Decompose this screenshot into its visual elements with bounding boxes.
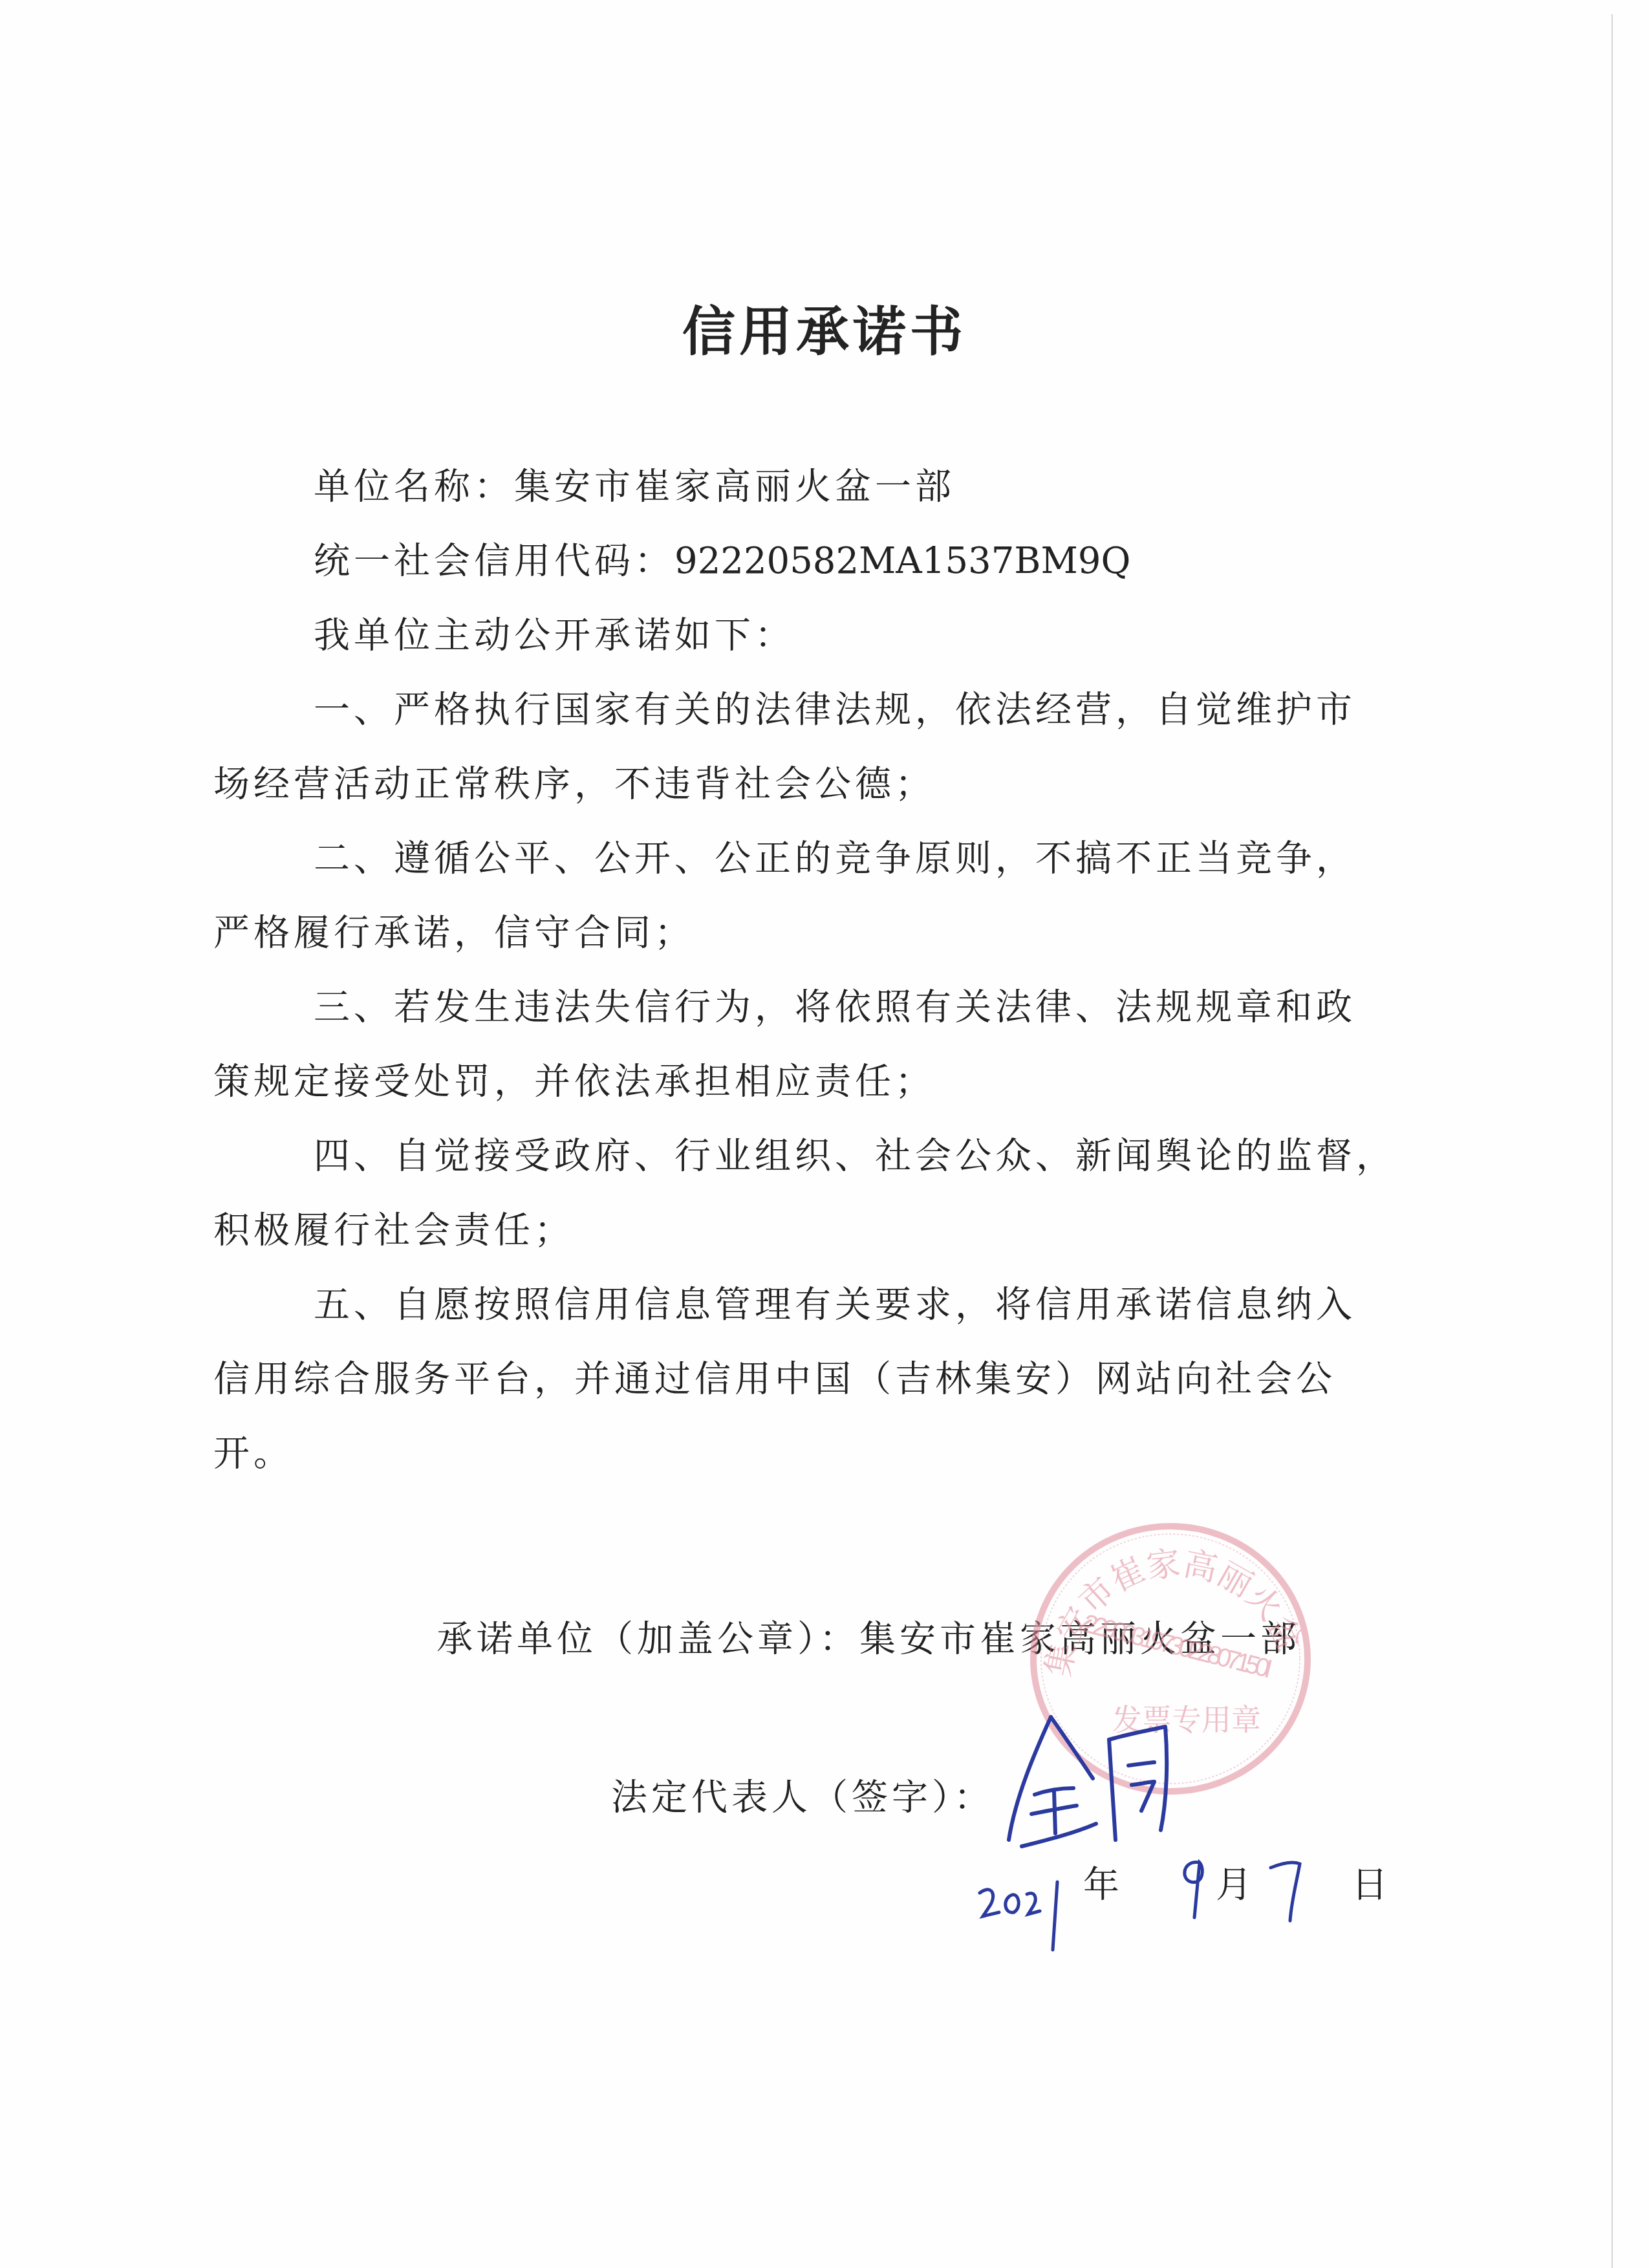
handwritten-day: 7 — [1264, 1856, 1309, 1927]
commitment-5-line-2: 信用综合服务平台，并通过信用中国（吉林集安）网站向社会公 — [213, 1357, 1336, 1402]
stamp-bottom-text: 发票专用章 — [1112, 1702, 1261, 1737]
unit-name-row: 单位名称：集安市崔家高丽火盆一部 — [314, 464, 955, 510]
day-label: 日 — [1352, 1863, 1392, 1908]
year-label: 年 — [1083, 1863, 1123, 1908]
month-label: 月 — [1216, 1863, 1256, 1908]
year-ink — [976, 1879, 1073, 1963]
commitment-5-line-3: 开。 — [213, 1431, 294, 1476]
commitment-3-line-2: 策规定接受处罚，并依法承担相应责任； — [213, 1059, 935, 1105]
handwritten-year: 2021 — [976, 1879, 1073, 1963]
commitment-5-line-1: 五、自愿按照信用信息管理有关要求，将信用承诺信息纳入 — [314, 1282, 1356, 1328]
signing-unit-row: 承诺单位（加盖公章）：集安市崔家高丽火盆一部 — [436, 1617, 1300, 1662]
credit-code-row: 统一社会信用代码：92220582MA1537BM9Q — [314, 539, 1130, 584]
commitment-4-line-1: 四、自觉接受政府、行业组织、社会公众、新闻舆论的监督， — [314, 1134, 1396, 1179]
scanned-page: 信用承诺书 单位名称：集安市崔家高丽火盆一部 统一社会信用代码：92220582… — [0, 0, 1649, 2268]
handwritten-signature — [996, 1701, 1190, 1869]
month-ink — [1174, 1856, 1219, 1934]
signing-unit-label: 承诺单位（加盖公章）： — [436, 1618, 859, 1660]
commitment-3-line-1: 三、若发生违法失信行为，将依照有关法律、法规规章和政 — [314, 985, 1356, 1030]
legal-rep-label: 法定代表人（签字）： — [611, 1775, 994, 1820]
credit-code-value: 92220582MA1537BM9Q — [674, 540, 1130, 582]
unit-name-value: 集安市崔家高丽火盆一部 — [514, 466, 955, 508]
commitment-1-line-1: 一、严格执行国家有关的法律法规，依法经营，自觉维护市 — [314, 687, 1356, 733]
signing-unit-name: 集安市崔家高丽火盆一部 — [859, 1618, 1300, 1660]
unit-name-label: 单位名称： — [314, 466, 514, 508]
intro-text: 我单位主动公开承诺如下： — [314, 613, 795, 658]
document-title: 信用承诺书 — [0, 290, 1649, 365]
commitment-1-line-2: 场经营活动正常秩序，不违背社会公德； — [213, 762, 935, 807]
commitment-2-line-2: 严格履行承诺，信守合同； — [213, 911, 695, 956]
commitment-4-line-2: 积极履行社会责任； — [213, 1208, 574, 1253]
day-ink — [1264, 1856, 1309, 1927]
commitment-2-line-1: 二、遵循公平、公开、公正的竞争原则，不搞不正当竞争， — [314, 836, 1356, 881]
credit-code-label: 统一社会信用代码： — [314, 540, 674, 582]
handwritten-month: 9 — [1174, 1856, 1219, 1934]
